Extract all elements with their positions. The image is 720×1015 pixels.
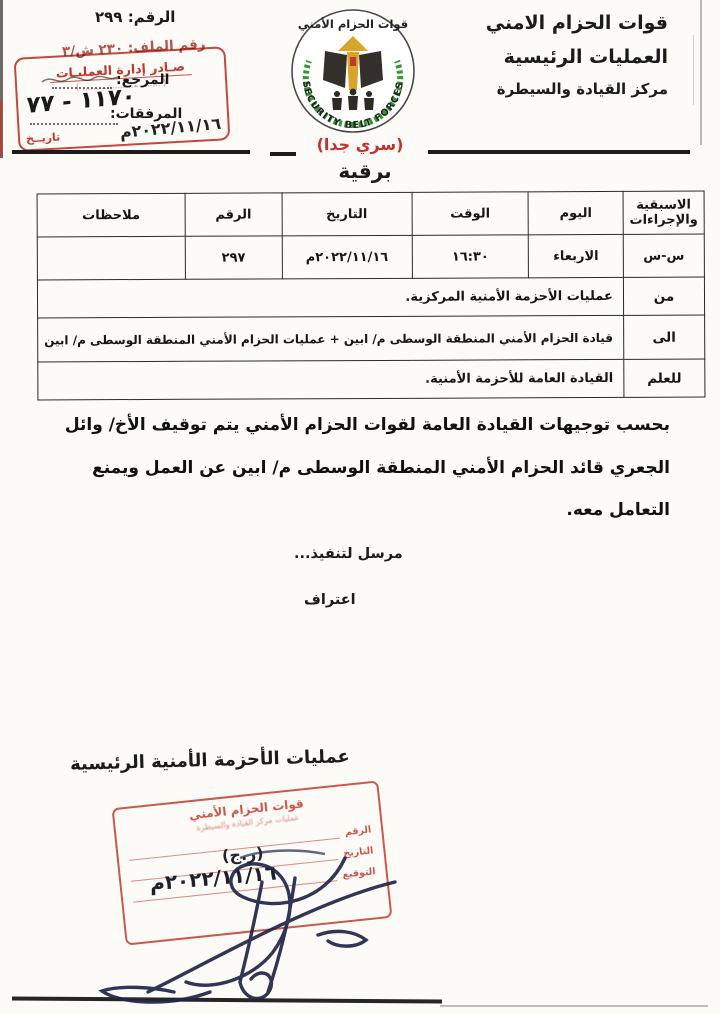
issue-stamp-date-handwritten: ٢٠٢٢/١١/١٦م <box>119 114 222 142</box>
cell-time: ١٦:٣٠ <box>412 235 529 279</box>
signature <box>90 840 430 1015</box>
security-belt-forces-emblem: قوات الحزام الأمني SECURITY BELT FORCES <box>286 6 420 140</box>
scan-edge-right-2 <box>693 35 694 105</box>
message-body: بحسب توجيهات القيادة العامة لقوات الحزام… <box>44 404 670 532</box>
scan-edge-red-mark <box>0 100 2 156</box>
scan-bottom-line-faint <box>440 1005 708 1007</box>
sent-for-execution: مرسل لتنفيذ... <box>294 546 403 562</box>
table-data-row: س-س الاربعاء ١٦:٣٠ ٢٠٢٢/١١/١٦م ٢٩٧ <box>37 234 704 280</box>
col-priority: الاسبقية والإجراءات <box>623 191 704 234</box>
from-value: عمليات الأحزمة الأمنية المركزية. <box>37 277 623 318</box>
table-from-row: من عمليات الأحزمة الأمنية المركزية. <box>37 277 704 318</box>
col-number: الرقم <box>185 193 282 236</box>
routing-table: الاسبقية والإجراءات اليوم الوقت التاريخ … <box>37 191 706 401</box>
emblem-arabic-text: قوات الحزام الأمني <box>298 17 408 32</box>
info-value: القيادة العامة للأحزمة الأمنية. <box>38 359 624 400</box>
org-name: قوات الحزام الامني <box>486 12 668 34</box>
to-label: الى <box>623 315 704 359</box>
document-title: برقية <box>330 159 400 183</box>
scan-edge-right <box>700 0 702 145</box>
col-date: التاريخ <box>282 192 412 236</box>
cell-number: ٢٩٧ <box>185 236 282 279</box>
classification-top-secret: (سري جدا) <box>296 135 424 154</box>
header-rule-dash <box>270 152 296 156</box>
org-header: قوات الحزام الامني العمليات الرئيسية مرك… <box>486 12 668 98</box>
cell-day: الاربعاء <box>529 234 624 277</box>
cell-date: ٢٠٢٢/١١/١٦م <box>282 235 412 279</box>
col-time: الوقت <box>412 192 529 236</box>
org-command-center: مركز القيادة والسيطرة <box>486 80 668 98</box>
acknowledgment: اعتراف <box>304 592 356 608</box>
table-header-row: الاسبقية والإجراءات اليوم الوقت التاريخ … <box>37 191 704 237</box>
header-rule-right <box>428 150 690 154</box>
cell-priority: س-س <box>623 234 704 277</box>
emblem-figures <box>332 89 374 110</box>
from-label: من <box>623 277 704 315</box>
footer-department: عمليات الأحزمة الأمنية الرئيسية <box>70 746 350 775</box>
issue-stamp-date-label: تاريــخ <box>26 131 61 146</box>
header-rule-left <box>12 150 250 154</box>
cell-notes <box>37 236 185 280</box>
org-operations: العمليات الرئيسية <box>486 46 668 68</box>
col-notes: ملاحظات <box>37 193 185 237</box>
info-label: للعلم <box>624 359 705 397</box>
table-info-row: للعلم القيادة العامة للأحزمة الأمنية. <box>38 359 705 400</box>
col-day: اليوم <box>528 191 623 234</box>
to-value: قيادة الحزام الأمني المنطقة الوسطى م/ اب… <box>38 315 624 362</box>
eagle-shield <box>350 57 356 66</box>
issued-operations-stamp: صـادر إدارة العمليـات ( ................… <box>14 46 231 152</box>
document-number: الرقم: ٢٩٩ <box>95 8 175 26</box>
table-to-row: الى قيادة الحزام الأمني المنطقة الوسطى م… <box>38 315 705 362</box>
